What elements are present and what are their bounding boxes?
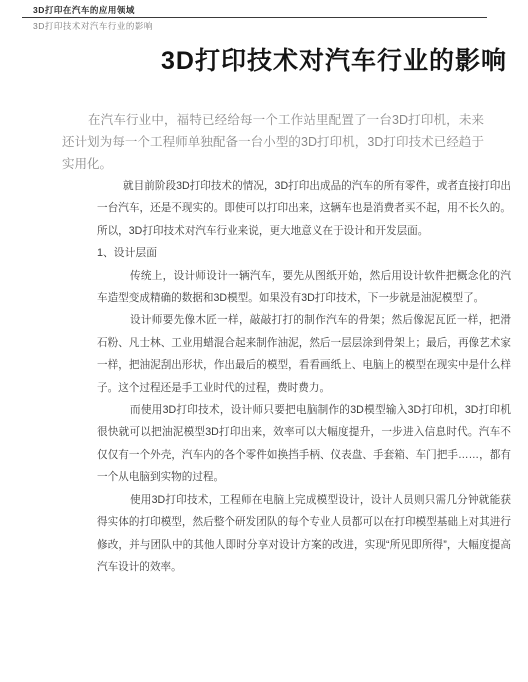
section-heading-design: 1、设计层面 [97,242,511,264]
page-running-head: 3D打印在汽车的应用领域 3D打印技术对汽车行业的影响 [0,0,528,32]
document-page: 3D打印在汽车的应用领域 3D打印技术对汽车行业的影响 3D打印技术对汽车行业的… [0,0,528,682]
running-head-rule [22,17,487,18]
running-head-subtitle: 3D打印技术对汽车行业的影响 [33,21,528,32]
body-paragraph-4: 而使用3D打印技术，设计师只要把电脑制作的3D模型输入3D打印机，3D打印机很快… [97,399,511,489]
body-paragraph-2: 传统上，设计师设计一辆汽车，要先从图纸开始，然后用设计软件把概念化的汽车造型变成… [97,265,511,310]
body-paragraph-3: 设计师要先像木匠一样，敲敲打打的制作汽车的骨架；然后像泥瓦匠一样，把滑石粉、凡士… [97,309,511,399]
document-title: 3D打印技术对汽车行业的影响 [0,45,507,78]
document-body: 就目前阶段3D打印技术的情况，3D打印出成品的汽车的所有零件，或者直接打印出一台… [97,175,511,578]
body-paragraph-5: 使用3D打印技术，工程师在电脑上完成模型设计，设计人员则只需几分钟就能获得实体的… [97,489,511,579]
running-head-title: 3D打印在汽车的应用领域 [33,5,528,16]
lead-paragraph: 在汽车行业中，福特已经给每一个工作站里配置了一台3D打印机，未来还计划为每一个工… [62,109,484,175]
body-paragraph-1: 就目前阶段3D打印技术的情况，3D打印出成品的汽车的所有零件，或者直接打印出一台… [97,175,511,242]
